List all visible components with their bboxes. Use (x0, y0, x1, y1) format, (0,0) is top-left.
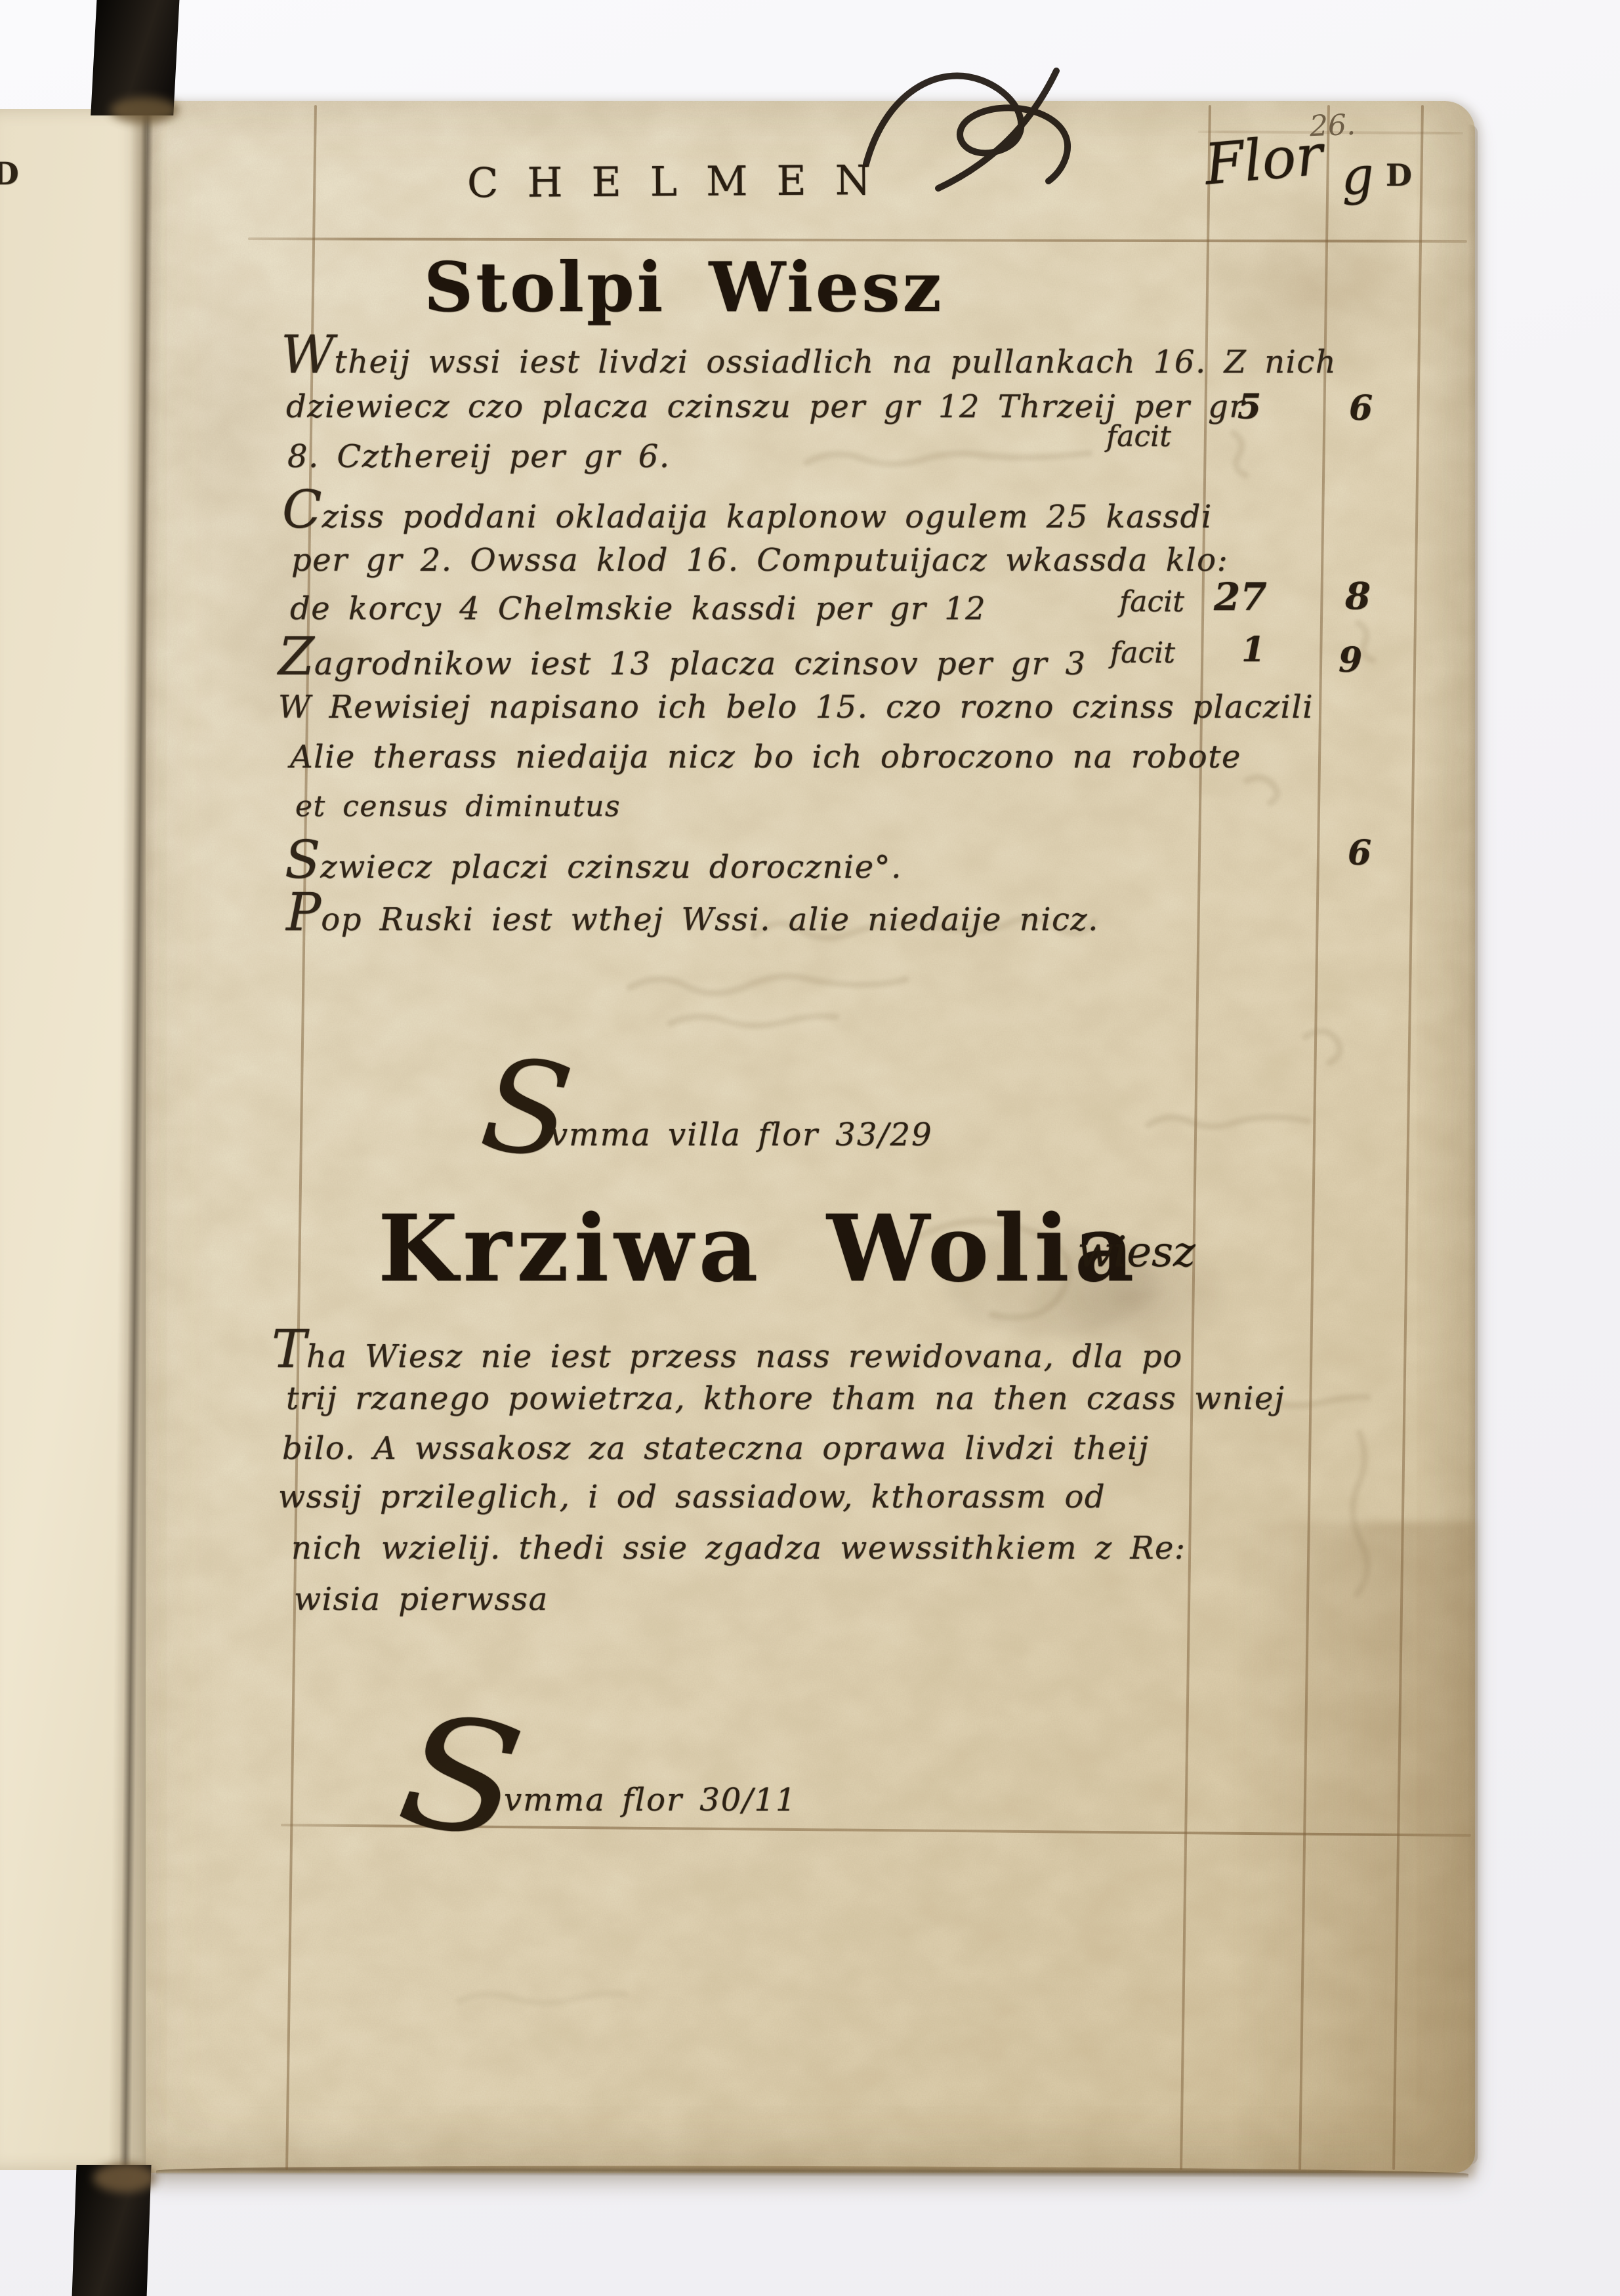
column-header-florin: Flor (1202, 122, 1325, 197)
column-header-grossi: g (1340, 146, 1376, 207)
page-stack-edge-bottom (156, 2164, 1468, 2178)
facing-page-letter: D (0, 156, 19, 192)
village-title-suffix: wiesz (1077, 1228, 1195, 1277)
page-stack-edge-right (1467, 125, 1478, 2165)
florin-value: 27 (1214, 575, 1267, 619)
summa-total: vmma flor 30/11 (504, 1782, 797, 1818)
folio-number: 26. (1309, 108, 1356, 143)
florin-value: 5 (1237, 387, 1261, 427)
manuscript-scan: D (0, 0, 1620, 2296)
facit-label: facit (1119, 585, 1184, 619)
entry-line: Cziss poddani okladaija kaplonow ogulem … (282, 491, 1213, 535)
body-line: nich wzielij. thedi ssie zgadza wewssith… (291, 1530, 1186, 1567)
grossi-value: 9 (1339, 640, 1362, 680)
body-line: trij rzanego powietrza, kthore tham na t… (286, 1380, 1285, 1417)
grossi-column-rule (1298, 105, 1329, 2170)
body-line: wssij przileglich, i od sassiadow, kthor… (278, 1479, 1106, 1515)
summa-villa-total: vmma villa flor 33/29 (550, 1117, 933, 1153)
florin-value: 1 (1241, 630, 1265, 670)
right-edge-rule (1392, 105, 1423, 2170)
facit-label: facit (1110, 636, 1175, 670)
entry-line: W Rewisiej napisano ich belo 15. czo roz… (278, 689, 1314, 726)
region-title: CHELMEN (467, 156, 900, 207)
edge-letter: D (1386, 157, 1412, 193)
entry-line: dziewiecz czo placza czinszu per gr 12 T… (286, 388, 1245, 425)
entry-line: 8. Czthereij per gr 6. (287, 438, 671, 475)
entry-line: Alie therass niedaija nicz bo ich obrocz… (290, 739, 1241, 775)
header-rule (248, 237, 1467, 243)
paper-stain (1234, 1522, 1475, 2178)
entry-line: per gr 2. Owssa klod 16. Computuijacz wk… (291, 542, 1228, 579)
entry-line: Pop Ruski iest wthej Wssi. alie niedaije… (286, 893, 1099, 938)
grossi-value: 6 (1348, 833, 1371, 873)
binding-tape-bottom (72, 2165, 151, 2296)
village-title-stolpi: Stolpi Wiesz (424, 247, 944, 327)
entry-line: et census diminutus (295, 790, 621, 823)
paper-stain (155, 236, 299, 604)
grossi-value: 8 (1345, 575, 1371, 618)
summa-initial: S (390, 1692, 531, 1862)
gutter-crease (108, 102, 163, 2170)
tape-fray (110, 97, 178, 123)
summa-initial: S (476, 1040, 578, 1178)
entry-line: de korcy 4 Chelmskie kassdi per gr 12 (290, 590, 986, 627)
entry-line: Szwiecz placzi czinszu dorocznie°. (285, 841, 902, 886)
entry-line: Wtheij wssi iest livdzi ossiadlich na pu… (281, 336, 1337, 380)
tape-fray (93, 2163, 156, 2192)
body-line: wisia pierwssa (294, 1581, 549, 1618)
binding-tape-top (91, 0, 180, 115)
facit-label: facit (1106, 420, 1171, 453)
body-line: bilo. A wssakosz za stateczna oprawa liv… (282, 1430, 1149, 1467)
facing-page-sliver: D (0, 109, 148, 2170)
village-title-krziwa: Krziwa Wolia (378, 1195, 1139, 1303)
entry-line: Zagrodnikow iest 13 placza czinsov per g… (278, 638, 1087, 682)
body-line: Tha Wiesz nie iest przess nass rewidovan… (272, 1330, 1183, 1375)
grossi-value: 6 (1349, 388, 1373, 428)
